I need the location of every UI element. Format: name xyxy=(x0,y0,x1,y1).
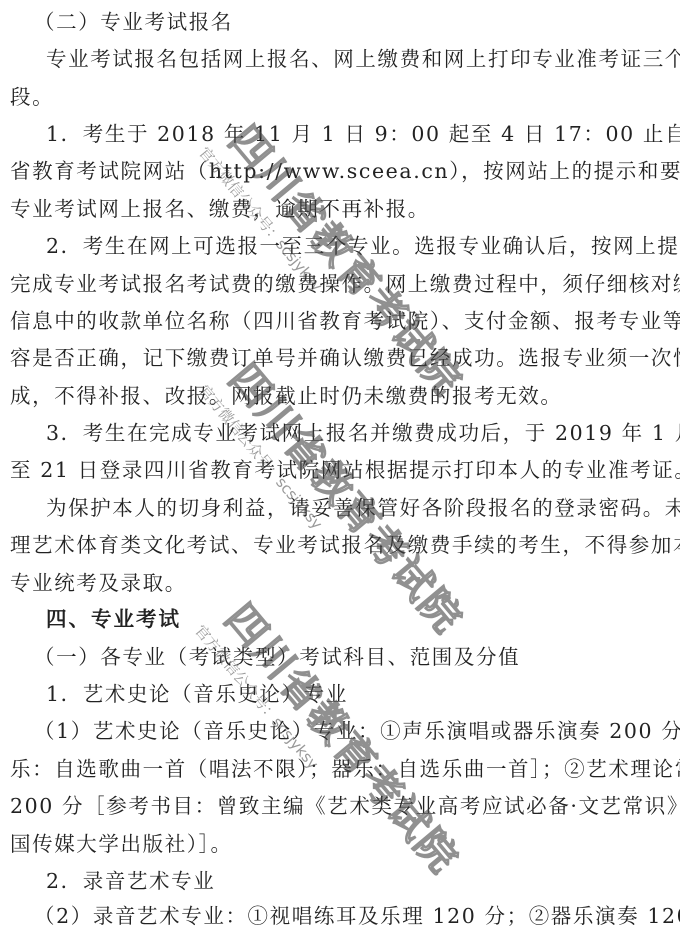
paragraph-line: 2．考生在网上可选报一至三个专业。选报专业确认后，按网上提示 xyxy=(46,233,672,259)
paragraph-line: 乐：自选歌曲一首（唱法不限）；器乐：自选乐曲一首］；②艺术理论常识 xyxy=(10,756,672,782)
paragraph-line: 成，不得补报、改报。网报截止时仍未缴费的报考无效。 xyxy=(10,383,672,409)
paragraph-line: 200 分［参考书目：曾致主编《艺术类专业高考应试必备·文艺常识》（中 xyxy=(10,793,672,819)
paragraph-line: 3．考生在完成专业考试网上报名并缴费成功后，于 2019 年 1 月 2 日 xyxy=(46,420,672,446)
paragraph-line: （2）录音艺术专业：①视唱练耳及乐理 120 分；②器乐演奏 120 分 xyxy=(34,903,672,927)
paragraph-line: 至 21 日登录四川省教育考试院网站根据提示打印本人的专业准考证。 xyxy=(10,457,672,483)
item-heading: 2．录音艺术专业 xyxy=(46,868,672,894)
paragraph-line: 省教育考试院网站（http://www.sceea.cn），按网站上的提示和要求… xyxy=(10,158,672,184)
paragraph-line: 为保护本人的切身利益，请妥善保管好各阶段报名的登录密码。未办 xyxy=(46,495,672,521)
paragraph-line: 理艺术体育类文化考试、专业考试报名及缴费手续的考生，不得参加本类 xyxy=(10,532,672,558)
paragraph-line: 容是否正确，记下缴费订单号并确认缴费已经成功。选报专业须一次性完 xyxy=(10,345,672,371)
paragraph-line: 1．考生于 2018 年 11 月 1 日 9：00 起至 4 日 17：00 … xyxy=(46,121,672,147)
paragraph-line: 信息中的收款单位名称（四川省教育考试院）、支付金额、报考专业等内 xyxy=(10,308,672,334)
paragraph-line: 专业统考及录取。 xyxy=(10,570,672,596)
paragraph-line: 国传媒大学出版社）］。 xyxy=(10,831,672,857)
paragraph-line: 段。 xyxy=(10,84,672,110)
item-heading: 1．艺术史论（音乐史论）专业 xyxy=(46,681,672,707)
paragraph-line: 完成专业考试报名考试费的缴费操作。网上缴费过程中，须仔细核对缴费 xyxy=(10,271,672,297)
paragraph-line: （1）艺术史论（音乐史论）专业：①声乐演唱或器乐演奏 200 分［声 xyxy=(34,718,672,744)
paragraph-line: 专业考试网上报名、缴费，逾期不再补报。 xyxy=(10,196,672,222)
section-subheading: （二）专业考试报名 xyxy=(34,9,672,35)
document-page: （二）专业考试报名 专业考试报名包括网上报名、网上缴费和网上打印专业准考证三个阶… xyxy=(0,0,680,927)
paragraph-line: 专业考试报名包括网上报名、网上缴费和网上打印专业准考证三个阶 xyxy=(46,46,672,72)
section-subheading: （一）各专业（考试类型）考试科目、范围及分值 xyxy=(34,644,672,670)
section-heading: 四、专业考试 xyxy=(46,606,672,632)
